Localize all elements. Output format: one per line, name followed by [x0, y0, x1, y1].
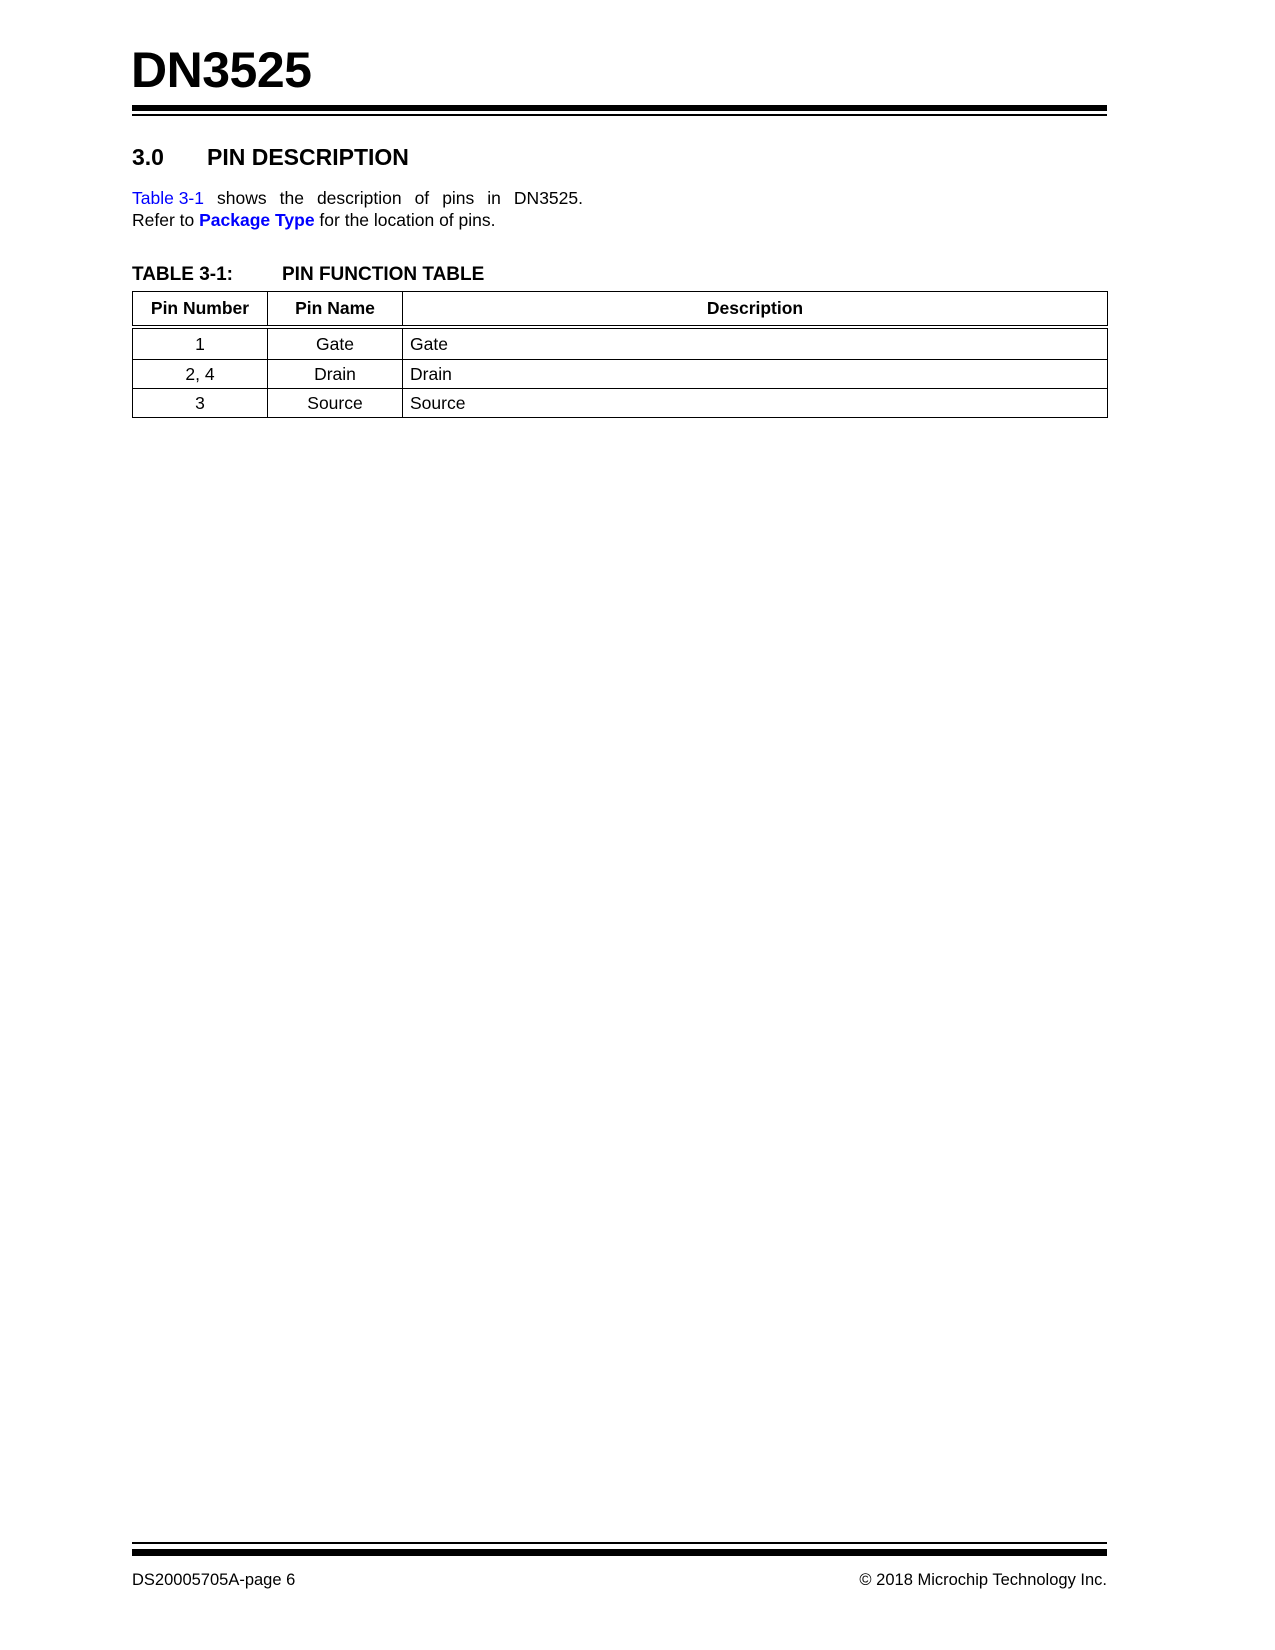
header-rule-thin: [132, 114, 1107, 116]
table-header-row: Pin Number Pin Name Description: [133, 292, 1108, 328]
word: in: [487, 187, 501, 209]
word: description: [317, 187, 402, 209]
footer-rule-thin: [132, 1542, 1107, 1544]
cell-pin-name: Gate: [268, 327, 403, 360]
footer-copyright: © 2018 Microchip Technology Inc.: [859, 1570, 1107, 1590]
table-caption-label: TABLE 3-1:: [132, 263, 282, 287]
word: of: [415, 187, 430, 209]
word: the: [280, 187, 304, 209]
column-header-description: Description: [403, 292, 1108, 328]
section-title: PIN DESCRIPTION: [207, 144, 409, 170]
column-header-pin-name: Pin Name: [268, 292, 403, 328]
cell-pin-number: 1: [133, 327, 268, 360]
pin-function-table: Pin Number Pin Name Description 1 Gate G…: [132, 291, 1108, 418]
table-row: 1 Gate Gate: [133, 327, 1108, 360]
table-3-1-link[interactable]: Table 3-1: [132, 187, 204, 209]
footer-document-page: DS20005705A-page 6: [132, 1570, 295, 1590]
cell-description: Source: [403, 389, 1108, 418]
section-number: 3.0: [132, 143, 207, 171]
intro-line-2-suffix: for the location of pins.: [315, 210, 496, 230]
table-caption-title: PIN FUNCTION TABLE: [282, 264, 484, 285]
cell-description: Drain: [403, 360, 1108, 389]
word: shows: [217, 187, 267, 209]
intro-paragraph: Table 3-1 shows the description of pins …: [132, 187, 592, 231]
cell-pin-name: Source: [268, 389, 403, 418]
package-type-link[interactable]: Package Type: [199, 210, 314, 230]
cell-pin-number: 3: [133, 389, 268, 418]
intro-line-2-prefix: Refer to: [132, 210, 199, 230]
cell-pin-name: Drain: [268, 360, 403, 389]
word: pins: [442, 187, 474, 209]
table-row: 3 Source Source: [133, 389, 1108, 418]
header-rule-thick: [132, 105, 1107, 111]
intro-line-2: Refer to Package Type for the location o…: [132, 209, 592, 231]
footer-rule-thick: [132, 1549, 1107, 1556]
document-title: DN3525: [131, 42, 311, 98]
cell-description: Gate: [403, 327, 1108, 360]
table-caption: TABLE 3-1:PIN FUNCTION TABLE: [132, 263, 484, 287]
intro-line-1: Table 3-1 shows the description of pins …: [132, 187, 583, 209]
section-heading: 3.0PIN DESCRIPTION: [132, 143, 409, 171]
column-header-pin-number: Pin Number: [133, 292, 268, 328]
word: DN3525.: [514, 187, 583, 209]
cell-pin-number: 2, 4: [133, 360, 268, 389]
table-row: 2, 4 Drain Drain: [133, 360, 1108, 389]
